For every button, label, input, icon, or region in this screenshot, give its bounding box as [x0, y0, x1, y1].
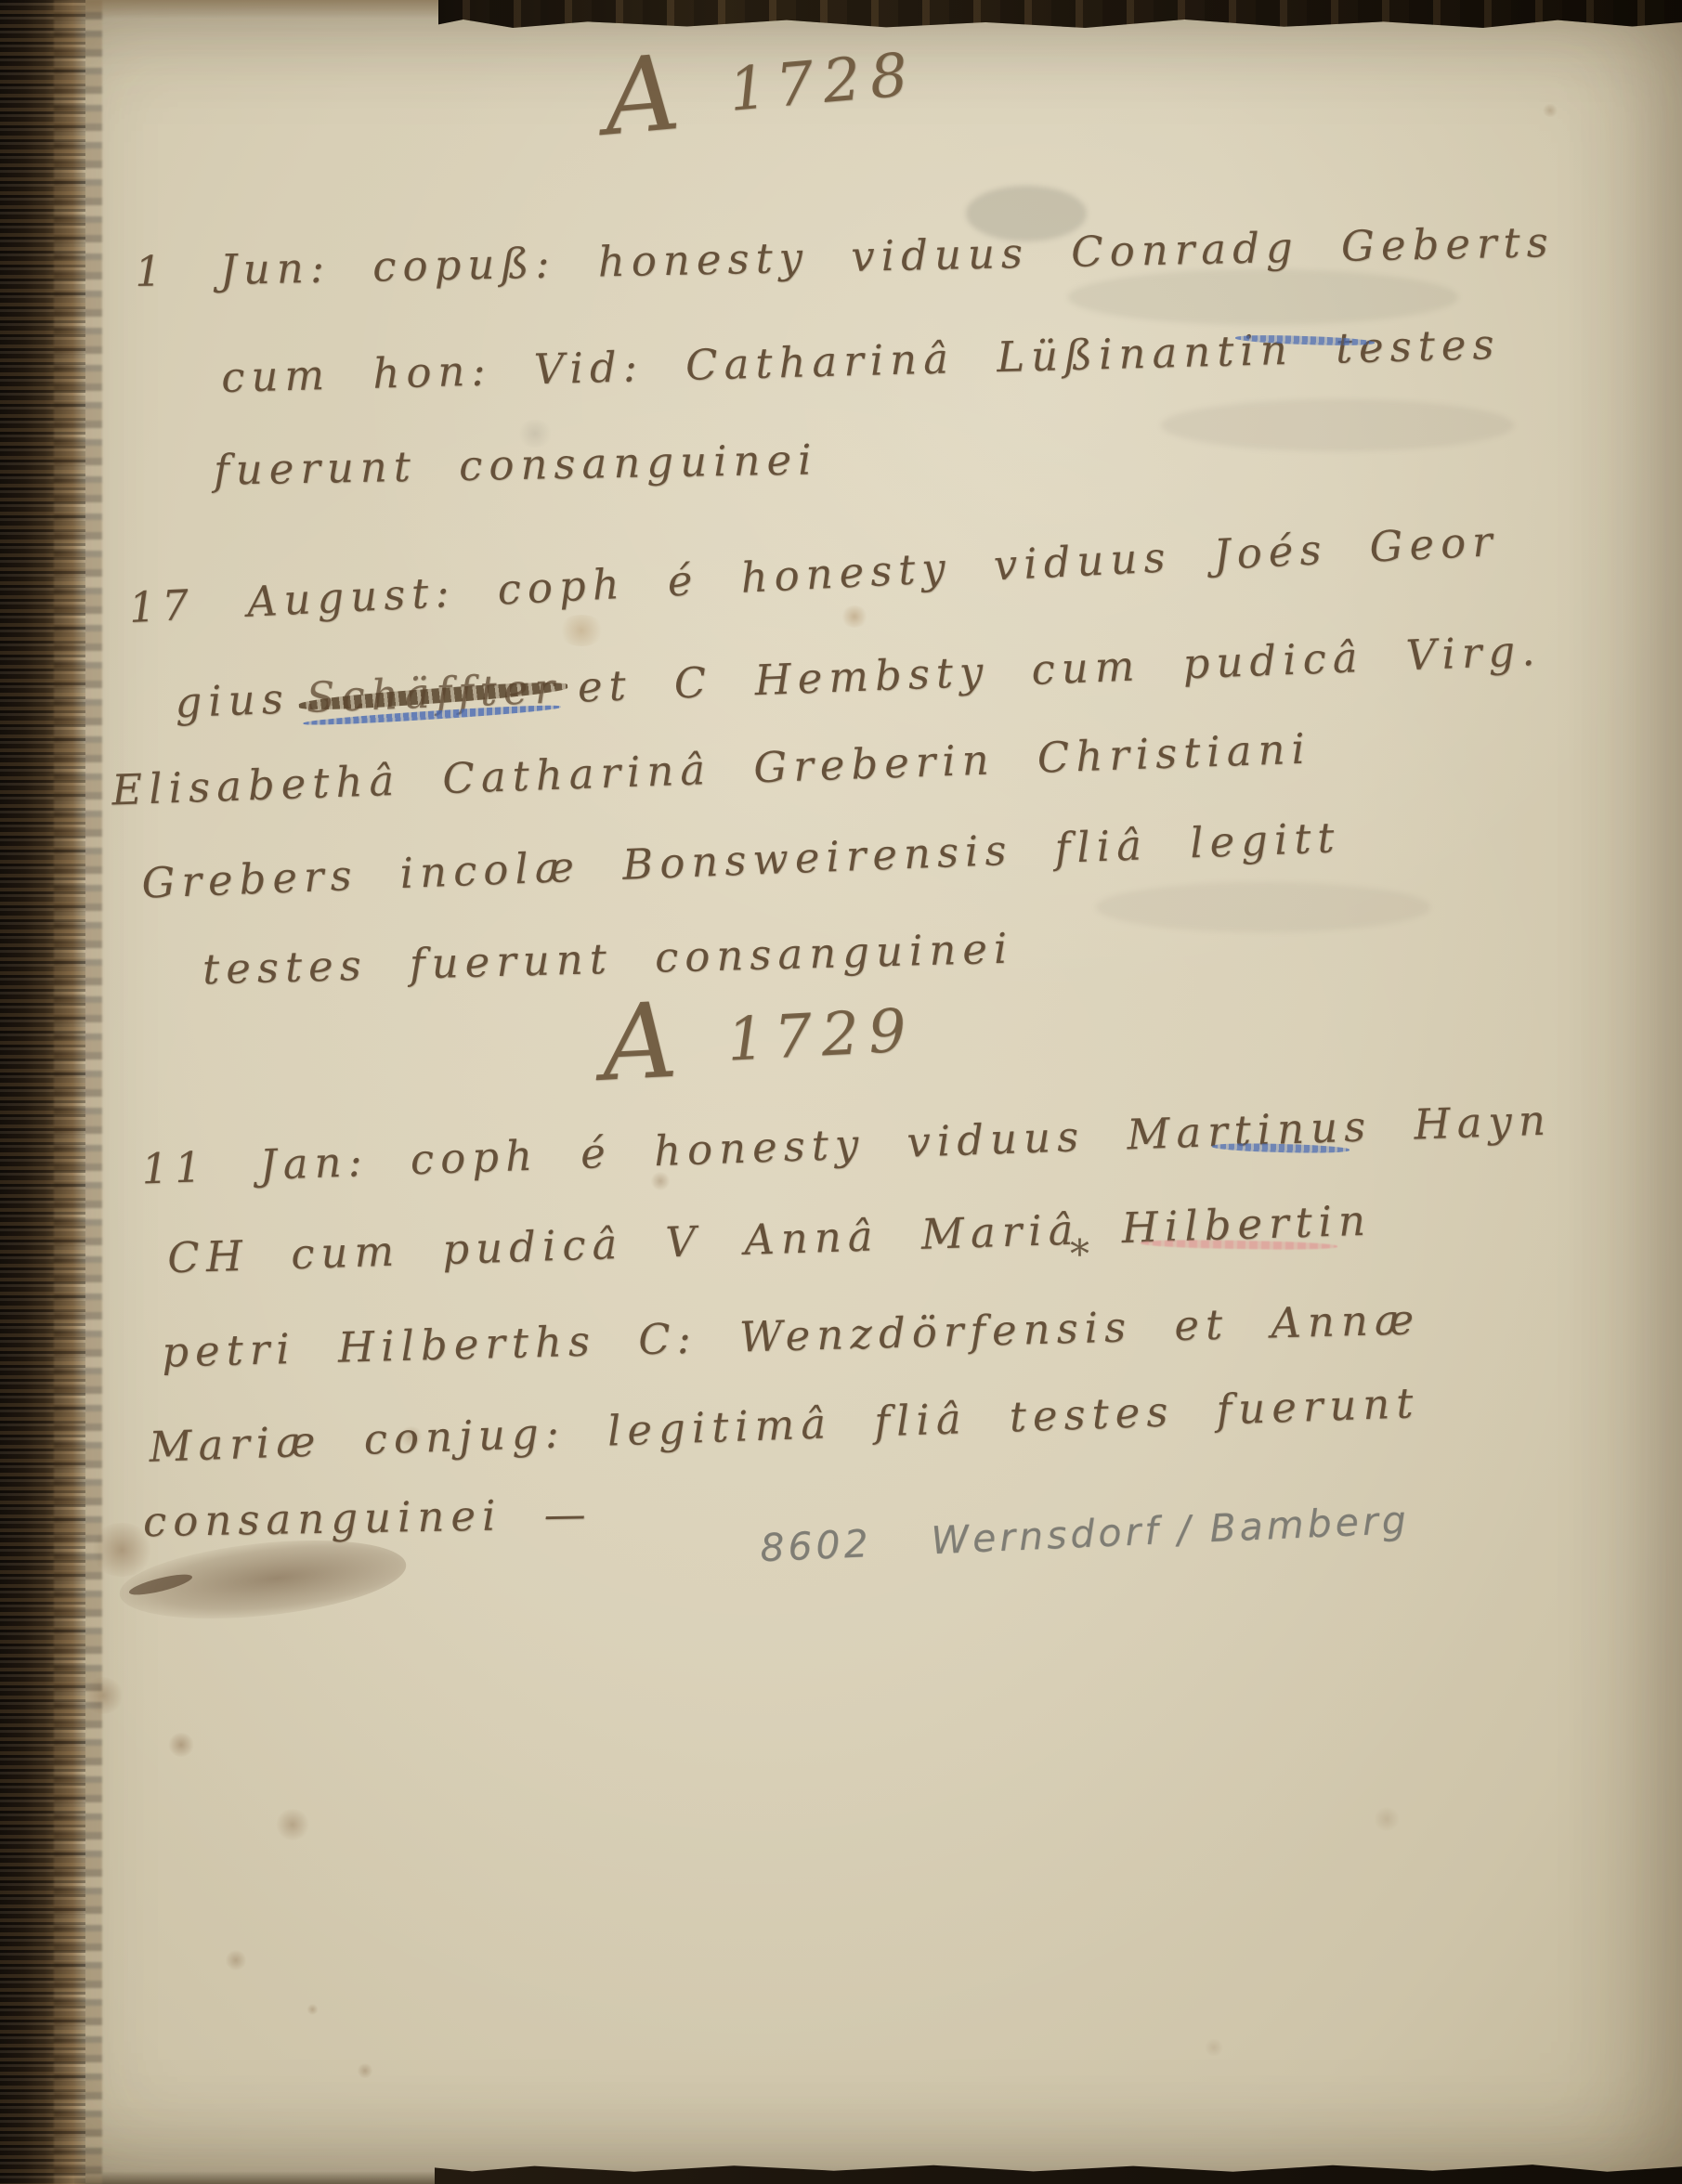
showthrough-mark [1068, 269, 1458, 325]
entry1-line3: fuerunt consanguinei [214, 435, 818, 494]
entry2-line2-suffix: et C Hembsty cum pudicâ Virg. [577, 626, 1542, 712]
entry2-line3: Elisabethâ Catharinâ Greberin Christiani [111, 723, 1311, 814]
stain [167, 1733, 195, 1757]
entry3-line4: Mariæ conjug: legitimâ fliâ testes fueru… [148, 1378, 1420, 1472]
stain [841, 605, 868, 628]
struck-word-text: Schäffter [306, 663, 562, 721]
showthrough-mark [1161, 399, 1514, 451]
entry3-day: 11 [141, 1142, 209, 1193]
year-value: 1729 [725, 996, 917, 1075]
stain [557, 615, 606, 646]
page-bottom-shadow [74, 2171, 438, 2184]
struck-out-word: Schäffter [306, 663, 562, 721]
entry2-line2: giusSchäffteret C Hembsty cum pudicâ Vir… [175, 626, 1543, 727]
pencil-archive-note: 8602Wernsdorf / Bamberg [759, 1498, 1410, 1570]
entry3-line5: consanguinei — [143, 1489, 593, 1546]
entry3-line1-text: Jan: coph é honesty viduus Martinus Hayn [259, 1096, 1553, 1190]
book-binding-top-edge [438, 0, 1682, 28]
manuscript-page: A1728 1Jun: copuß: honesty viduus Conrad… [0, 0, 1682, 2184]
entry2-line1-text: August: coph é honesty viduus Joés Geor [246, 516, 1500, 627]
stain [1204, 2039, 1224, 2056]
anno-initial: A [599, 32, 694, 159]
entry2-line2-prefix: gius [175, 674, 291, 728]
entry1-line1: 1Jun: copuß: honesty viduus Conradg Gebe… [135, 217, 1556, 296]
stain [306, 2004, 319, 2015]
book-binding-bottom-edge [435, 2164, 1682, 2184]
year-header-1729: A1729 [600, 996, 917, 1082]
asterisk-mark: * [1070, 1231, 1089, 1277]
entry2-line1: 17August: coph é honesty viduus Joés Geo… [128, 516, 1500, 632]
stain [275, 1809, 310, 1840]
page-top-corner-shadow [74, 0, 446, 19]
entry2-line4: Grebers incolæ Bonsweirensis fliâ legitt [140, 812, 1341, 908]
entry2-day: 17 [128, 580, 197, 632]
stain [357, 2063, 373, 2078]
anno-initial: A [599, 980, 690, 1105]
entry1-line1-text: Jun: copuß: honesty viduus Conradg Geber… [219, 217, 1555, 294]
stain [1542, 104, 1558, 117]
stain [225, 1950, 247, 1970]
year-header-1728: A1728 [601, 40, 919, 136]
entry1-day: 1 [135, 246, 169, 296]
archive-place: Wernsdorf / Bamberg [930, 1498, 1410, 1563]
stain [1373, 1807, 1401, 1831]
entry3-line3: petri Hilberths C: Wenzdörfensis et Annæ [162, 1294, 1421, 1376]
showthrough-mark [1096, 882, 1430, 932]
entry3-line1: 11Jan: coph é honesty viduus Martinus Ha… [141, 1096, 1553, 1194]
year-value: 1728 [726, 40, 920, 124]
entry1-line2: cum hon: Vid: Catharinâ Lüßinantin teste… [221, 319, 1502, 402]
page-stack-texture [54, 0, 102, 2184]
archive-number: 8602 [759, 1521, 872, 1570]
